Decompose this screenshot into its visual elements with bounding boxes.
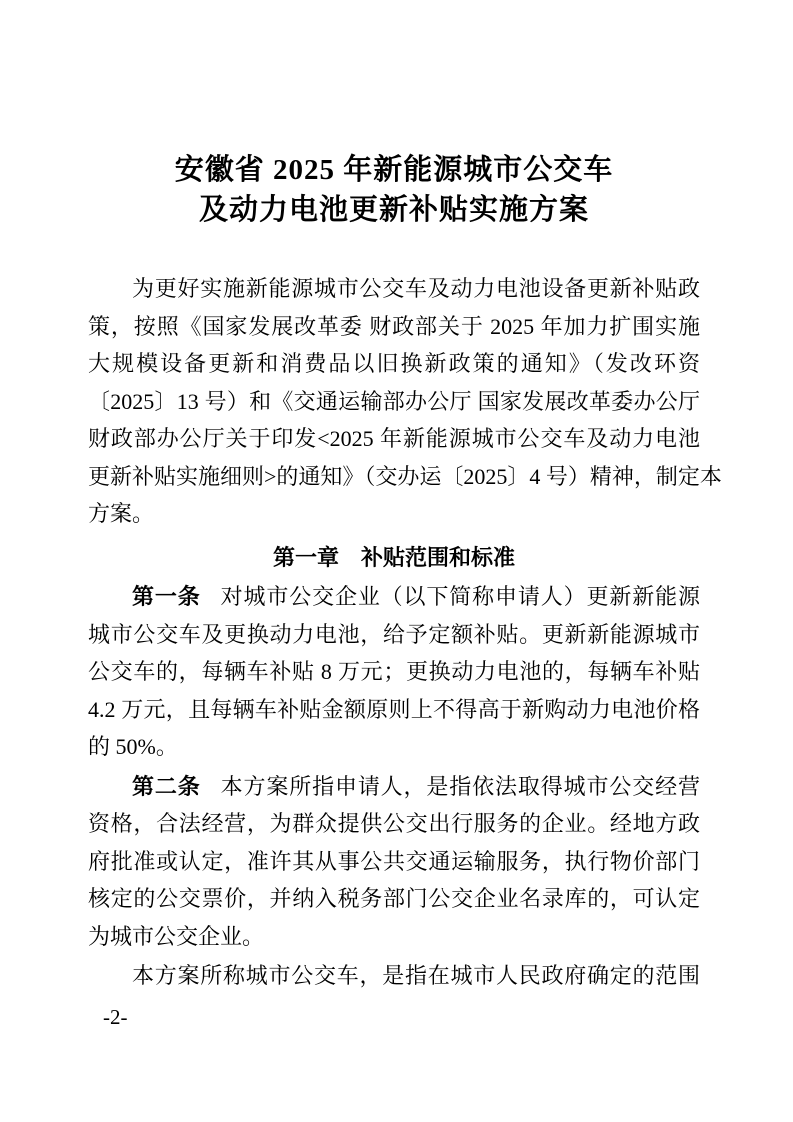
intro-line: 〔2025〕13 号）和《交通运输部办公厅 国家发展改革委办公厅 xyxy=(88,383,700,421)
page-number: -2- xyxy=(103,1004,128,1030)
intro-line: 更新补贴实施细则>的通知》（交办运〔2025〕4 号）精神，制定本 xyxy=(88,458,700,496)
article-1-line: 公交车的，每辆车补贴 8 万元；更换动力电池的，每辆车补贴 xyxy=(88,653,700,691)
document-page: 安徽省 2025 年新能源城市公交车 及动力电池更新补贴实施方案 为更好实施新能… xyxy=(0,0,793,1122)
article-2-line: 资格，合法经营，为群众提供公交出行服务的企业。经地方政 xyxy=(88,805,700,843)
intro-line: 大规模设备更新和消费品以旧换新政策的通知》（发改环资 xyxy=(88,345,700,383)
intro-line: 方案。 xyxy=(88,495,700,533)
closing-paragraph: 本方案所称城市公交车，是指在城市人民政府确定的范围 xyxy=(88,957,700,995)
article-1-paragraph: 第一条对城市公交企业（以下简称申请人）更新新能源 城市公交车及更换动力电池，给予… xyxy=(88,578,700,766)
intro-paragraph: 为更好实施新能源城市公交车及动力电池设备更新补贴政 策，按照《国家发展改革委 财… xyxy=(88,270,700,533)
article-1-line: 的 50%。 xyxy=(88,728,700,766)
document-title-line-1: 安徽省 2025 年新能源城市公交车 xyxy=(88,150,700,190)
article-2-line: 府批准或认定，准许其从事公共交通运输服务，执行物价部门 xyxy=(88,843,700,881)
intro-line: 策，按照《国家发展改革委 财政部关于 2025 年加力扩围实施 xyxy=(88,308,700,346)
article-2-line: 核定的公交票价，并纳入税务部门公交企业名录库的，可认定 xyxy=(88,880,700,918)
document-title: 安徽省 2025 年新能源城市公交车 及动力电池更新补贴实施方案 xyxy=(88,0,700,230)
closing-line: 本方案所称城市公交车，是指在城市人民政府确定的范围 xyxy=(88,957,700,995)
article-2-first-line: 第二条本方案所指申请人，是指依法取得城市公交经营 xyxy=(88,768,700,806)
article-1-line: 4.2 万元，且每辆车补贴金额原则上不得高于新购动力电池价格 xyxy=(88,691,700,729)
article-1-first-line: 第一条对城市公交企业（以下简称申请人）更新新能源 xyxy=(88,578,700,616)
article-2-text: 本方案所指申请人，是指依法取得城市公交经营 xyxy=(221,774,700,799)
intro-line: 为更好实施新能源城市公交车及动力电池设备更新补贴政 xyxy=(88,270,700,308)
document-title-line-2: 及动力电池更新补贴实施方案 xyxy=(88,190,700,230)
article-2-line: 为城市公交企业。 xyxy=(88,918,700,956)
document-content: 安徽省 2025 年新能源城市公交车 及动力电池更新补贴实施方案 为更好实施新能… xyxy=(88,0,700,995)
intro-line: 财政部办公厅关于印发<2025 年新能源城市公交车及动力电池 xyxy=(88,420,700,458)
chapter-1-heading: 第一章 补贴范围和标准 xyxy=(88,539,700,577)
article-1-line: 城市公交车及更换动力电池，给予定额补贴。更新新能源城市 xyxy=(88,616,700,654)
article-1-label: 第一条 xyxy=(132,584,201,609)
article-2-paragraph: 第二条本方案所指申请人，是指依法取得城市公交经营 资格，合法经营，为群众提供公交… xyxy=(88,768,700,956)
article-1-text: 对城市公交企业（以下简称申请人）更新新能源 xyxy=(221,584,700,609)
article-2-label: 第二条 xyxy=(132,774,201,799)
